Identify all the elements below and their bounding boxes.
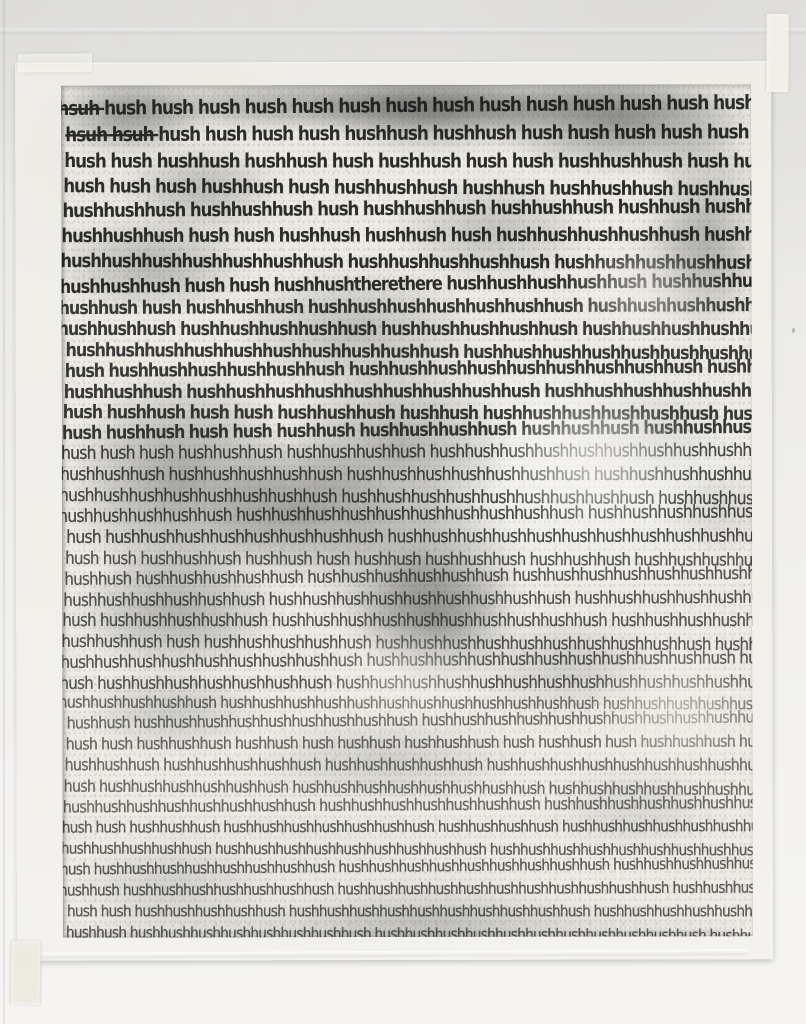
hush-row: hsuh hsuh hush hush hush hush hushhush h… <box>65 119 753 147</box>
hush-row: hushhush hush hushhushhush hushhushhushh… <box>61 292 753 318</box>
struck-misspelling: hsuh <box>61 97 104 121</box>
paper-sheet: hsuh hush hush hush hush hush hush hush … <box>15 61 773 961</box>
hush-row: hushhushhush hush hush hushhush hushhush… <box>61 223 752 247</box>
wall-seam-line <box>0 28 806 34</box>
tape-top-right <box>766 14 790 92</box>
wall-edge-line <box>3 0 5 1024</box>
hush-row: hushhushhush hushhushhushhushhush hushhu… <box>65 756 753 775</box>
hush-row: hush hush hushhushhushhushhush hushhushh… <box>67 903 753 922</box>
hush-row: hush hushhushhushhushhushhushhushhush hu… <box>66 525 753 548</box>
hush-row: hushhushhushhushhushhushhushhushhush hus… <box>61 646 753 672</box>
hush-row: hushhush hushhushhushhushhushhushhush hu… <box>61 879 753 901</box>
tape-bottom-left <box>9 941 41 1006</box>
hush-row: hush hushhushhushhushhush hushhushhushhu… <box>62 610 753 631</box>
hush-row: hush hush hushhushhush hushhushhushhushh… <box>62 818 753 838</box>
print-block: hsuh hush hush hush hush hush hush hush … <box>61 84 753 937</box>
hush-row: hush hushhushhushhushhushhushhush hushhu… <box>61 671 753 694</box>
hush-row: hushhushhushhushhushhush hushhushhushhus… <box>63 586 753 610</box>
struck-misspelling: hsuh hsuh <box>65 123 158 147</box>
hush-row: hushhushhush hushhushhushhushhush hushhu… <box>61 464 753 485</box>
tape-top-left <box>18 53 92 74</box>
photo-of-artwork: hsuh hush hush hush hush hush hush hush … <box>0 0 806 1024</box>
hush-row: hushhushhush hushhushhushhushhush hushhu… <box>61 318 753 340</box>
hush-row: hush hush hush hushhushhush hushhushhush… <box>61 439 753 463</box>
hush-row: hush hush hushhush hushhush hush hushhus… <box>64 148 753 171</box>
hush-row: hsuh hush hush hush hush hush hush hush … <box>61 89 753 121</box>
wall-speck <box>792 328 795 333</box>
hush-text-rows: hsuh hush hush hush hush hush hush hush … <box>61 84 753 937</box>
paper-bottom-fold <box>17 949 747 958</box>
hush-row: hushhushhush hushhushhushhushhushhushhus… <box>64 378 753 402</box>
hush-row: hush hush hushhushhush hushhush hush hus… <box>65 732 752 754</box>
